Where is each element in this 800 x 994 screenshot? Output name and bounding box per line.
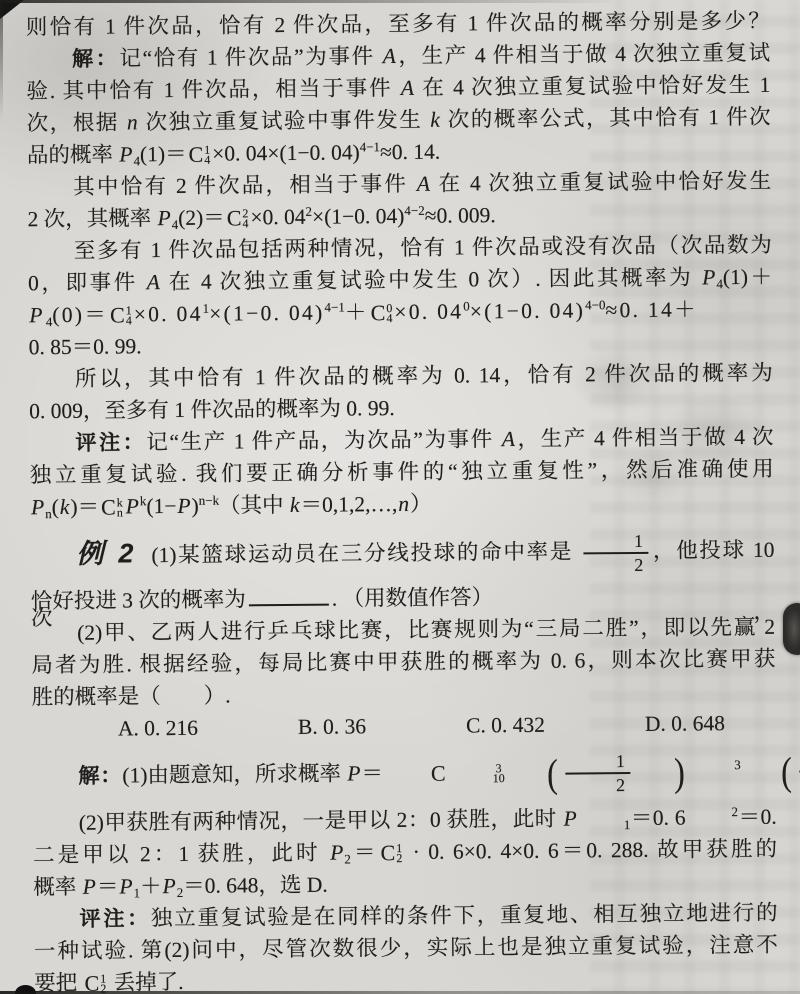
text-run: 次独立重复试验中事件发生 [139, 108, 430, 135]
combination-symbol: C [101, 496, 116, 518]
text-run: ×(1−0. 04) [312, 204, 405, 229]
binomial-coefficient: C24 [227, 207, 249, 229]
text-run: ＝ [351, 840, 379, 864]
math-variable: A [416, 172, 431, 196]
math-variable: A [382, 44, 397, 68]
text-run: ×0. 04 [394, 299, 463, 324]
text-run: 独立重复试验. 我们要正确分析事件的“独立重复性”，然后准确使用 [30, 457, 774, 487]
bold-label: 评注： [75, 431, 146, 455]
math-superscript: 4−1 [360, 140, 380, 153]
text-run: 品的概率 [27, 142, 119, 167]
math-subscript: 4 [386, 313, 392, 323]
combination-symbol: C [380, 842, 395, 864]
text-run: (0)＝ [52, 303, 108, 327]
scanned-page: 则恰有 1 件次品，恰有 2 件次品，至多有 1 件次品的概率分别是多少？解：记… [0, 0, 800, 994]
binomial-scripts: 24 [242, 208, 248, 228]
binomial-scripts: 310 [447, 763, 505, 784]
combination-symbol: C [227, 207, 242, 229]
text-run: ×0. 04 [134, 302, 203, 327]
text-run: 验. 其中恰有 1 件次品，相当于事件 [26, 76, 400, 103]
text-run: ( [52, 495, 59, 519]
math-variable: P [329, 841, 344, 865]
text-run: ＝0. 648，选 D. [183, 873, 328, 898]
combination-symbol: C [188, 144, 203, 166]
math-superscript: 4−0 [585, 298, 605, 311]
math-variable: n [397, 492, 410, 516]
text-run: )＝ [70, 495, 99, 519]
text-run: 次的概率公式，其中恰有 1 件次 [441, 105, 771, 132]
math-superscript: 2 [685, 805, 738, 818]
text-run: ＝0. 6 [630, 806, 686, 830]
math-variable: A [146, 270, 161, 294]
text-run: (1− [146, 494, 176, 518]
text-run: ×(1−0. 04) [209, 301, 325, 326]
text-run: (2)＝ [178, 206, 225, 230]
text-run: ×0. 04×(1−0. 04) [212, 140, 360, 165]
math-variable: P [82, 875, 97, 899]
text-run: ×(1−0. 04) [470, 298, 586, 323]
text-run: (1)由题意知，所求概率 [122, 761, 346, 787]
math-variable: A [501, 427, 516, 451]
bold-label: 评注： [80, 907, 152, 931]
text-run: 二是甲以 2：1 获胜，此时 [33, 841, 329, 868]
text-run: . （用数值作答） [332, 585, 493, 610]
math-variable: P [346, 761, 361, 785]
math-variable: P [701, 265, 716, 289]
math-superscript: 4−1 [324, 300, 344, 313]
math-variable: k [289, 493, 301, 517]
binomial-coefficient: C12 [380, 842, 402, 864]
text-run: ≈0. 14. [380, 140, 440, 165]
math-variable: P [176, 494, 191, 518]
math-subscript: 1 [578, 818, 631, 831]
text-run: ＝0,1,2,…, [300, 492, 397, 517]
choice-option: A. 0. 216 [118, 716, 198, 741]
text-run: 0. 009，至多有 1 件次品的概率为 0. 99. [29, 396, 395, 423]
text-run: 记“恰有 1 件次品”为事件 [119, 44, 381, 70]
binomial-scripts: 12 [396, 843, 402, 863]
text-line: 一种试验. 第(2)问中，尽管次数很少，实际上也是独立重复试验，注意不 [34, 929, 778, 967]
text-run: （其中 [219, 493, 289, 518]
math-subscript: 10 [447, 773, 505, 784]
text-run: ×0. 04 [250, 205, 305, 229]
text-run: (1)某篮球运动员在三分线投球的命中率是 [151, 539, 580, 567]
denominator: 2 [588, 554, 643, 575]
combination-symbol: C [110, 304, 125, 326]
binomial-scripts: 14 [126, 305, 132, 325]
binomial-coefficient: C04 [371, 302, 393, 324]
text-run: ≈0. 009. [425, 203, 496, 228]
big-paren: ( [510, 754, 558, 794]
numerator: 1 [583, 531, 648, 555]
text-line: P4(0)＝C14×0. 041×(1−0. 04)4−1＋C04×0. 040… [28, 293, 772, 331]
text-run: ，生产 4 件相当于做 4 次独立重复试 [397, 41, 771, 68]
math-variable: P [156, 206, 171, 230]
text-run: 胜的概率是（ ）. [32, 684, 231, 710]
text-line: 独立重复试验. 我们要正确分析事件的“独立重复性”，然后准确使用 [30, 453, 774, 491]
math-variable: k [59, 495, 71, 519]
text-run: (1)＋ [723, 265, 772, 289]
text-run: (2)甲获胜有两种情况，一是甲以 2：0 获胜，此时 [79, 807, 563, 835]
text-line: 二是甲以 2：1 获胜，此时 P2＝C12 · 0. 6×0. 4×0. 6＝0… [33, 833, 777, 871]
text-run: (2)甲、乙两人进行乒乓球比赛，比赛规则为“三局二胜”，即以先赢 2 [77, 615, 775, 645]
big-paren: ) [637, 753, 685, 793]
math-superscript: n−k [199, 494, 219, 507]
bold-label: 解： [72, 47, 119, 70]
text-run: 0，即事件 [28, 270, 146, 295]
fraction: 12 [565, 751, 630, 796]
text-line: 例 2(1)某篮球运动员在三分线投球的命中率是 12，他投球 10 次， [30, 517, 775, 585]
text-run: (1)＝ [140, 142, 187, 166]
text-line: 局者为胜. 根据经验，每局比赛中甲获胜的概率为 0. 6，则本次比赛甲获 [31, 643, 775, 681]
text-run: 一种试验. 第(2)问中，尽管次数很少，实际上也是独立重复试验，注意不 [34, 933, 778, 963]
text-run: 次，根据 [27, 110, 126, 135]
binomial-coefficient: C14 [188, 144, 210, 166]
math-variable: P [30, 495, 45, 519]
binomial-scripts: 04 [386, 303, 392, 323]
math-variable: n [126, 110, 139, 134]
math-variable: k [429, 108, 441, 132]
math-subscript: n [117, 507, 123, 517]
text-run: ） [410, 492, 432, 516]
math-variable: P [562, 806, 577, 830]
text-run: · 0. 6×0. 4×0. 6＝0. 288. 故甲获胜的 [404, 837, 777, 864]
text-run: ，生产 4 件相当于做 4 次 [516, 425, 774, 451]
math-subscript: 4 [126, 315, 132, 325]
page-left-edge [0, 0, 3, 120]
text-line: 次，根据 n 次独立重复试验中事件发生 k 次的概率公式，其中恰有 1 件次 [27, 101, 771, 139]
text-run: 记“生产 1 件产品，为次品”为事件 [146, 427, 501, 454]
text-run: 至多有 1 件次品包括两种情况，恰有 1 件次品或没有次品（次品数为 [74, 233, 772, 263]
math-variable: P [118, 874, 133, 898]
text-run: 在 4 次独立重复试验中恰好发生 [431, 169, 771, 196]
text-run: 则恰有 1 件次品，恰有 2 件次品，至多有 1 件次品的概率分别是多少？ [26, 9, 770, 39]
big-paren: ( [745, 752, 793, 792]
page-edge-tab-mark [783, 603, 800, 655]
math-variable: A [400, 76, 415, 100]
text-run: 其中恰有 2 件次品，相当于事件 [73, 172, 416, 199]
combination-symbol: C [385, 763, 446, 786]
math-variable: P [161, 874, 176, 898]
binomial-coefficient: Ckn [101, 496, 123, 518]
text-run: ＝ [361, 761, 383, 785]
math-subscript: 4 [242, 218, 248, 228]
math-subscript: 4 [204, 155, 210, 165]
numerator: 1 [565, 751, 630, 775]
example-label: 例 2 [76, 538, 135, 569]
text-run: 2 次，其概率 [27, 206, 156, 231]
answer-blank [249, 586, 329, 607]
denominator: 2 [570, 774, 625, 795]
text-run: D. 0. 648 [645, 711, 725, 736]
text-run: ＋ [140, 874, 162, 898]
text-run: 在 4 次独立重复试验中恰好发生 1 [415, 73, 771, 100]
text-run: ＋ [345, 300, 369, 324]
text-run: 局者为胜. 根据经验，每局比赛中甲获胜的概率为 0. 6，则本次比赛甲获 [31, 647, 775, 677]
text-line: 所以，其中恰有 1 件次品的概率为 0. 14，恰有 2 件次品的概率为 [29, 357, 773, 395]
text-run: 所以，其中恰有 1 件次品的概率为 0. 14，恰有 2 件次品的概率为 [75, 361, 773, 391]
text-run: ＝ [97, 874, 119, 898]
math-superscript: 3 [688, 758, 741, 771]
binomial-scripts: 14 [204, 145, 210, 165]
text-run: 独立重复试验是在同样的条件下，重复地、相互独立地进行的 [151, 901, 778, 930]
math-variable: P [28, 303, 46, 327]
text-line: 解：(1)由题意知，所求概率 P＝C310(12)3(12)7＝15128. [32, 739, 777, 807]
text-run: 在 4 次独立重复试验中发生 0 次）. 因此其概率为 [161, 265, 702, 294]
binomial-coefficient: C14 [110, 304, 132, 326]
math-superscript: 4−2 [404, 204, 424, 217]
math-subscript: 2 [396, 853, 402, 863]
math-variable: P [125, 494, 140, 518]
choice-option: C. 0. 432 [466, 713, 545, 738]
text-run: 恰好投进 3 次的概率为 [31, 587, 246, 613]
combination-symbol: C [371, 302, 386, 324]
text-line: 要把 C12 丢掉了. [34, 961, 778, 994]
text-run: 概率 [33, 875, 82, 899]
choice-option: B. 0. 36 [298, 714, 366, 739]
bold-label: 解： [78, 764, 122, 787]
text-run: 0. 85＝0. 99. [29, 334, 142, 359]
text-line: 其中恰有 2 件次品，相当于事件 A 在 4 次独立重复试验中恰好发生 [27, 165, 771, 203]
document-lines: 则恰有 1 件次品，恰有 2 件次品，至多有 1 件次品的概率分别是多少？解：记… [26, 5, 779, 994]
binomial-scripts: kn [117, 497, 123, 517]
binomial-coefficient: C310 [385, 762, 505, 785]
text-run: ≈0. 14＋ [605, 297, 698, 322]
math-variable: P [118, 142, 133, 166]
page-top-edge [0, 0, 624, 3]
fraction: 12 [583, 531, 648, 576]
